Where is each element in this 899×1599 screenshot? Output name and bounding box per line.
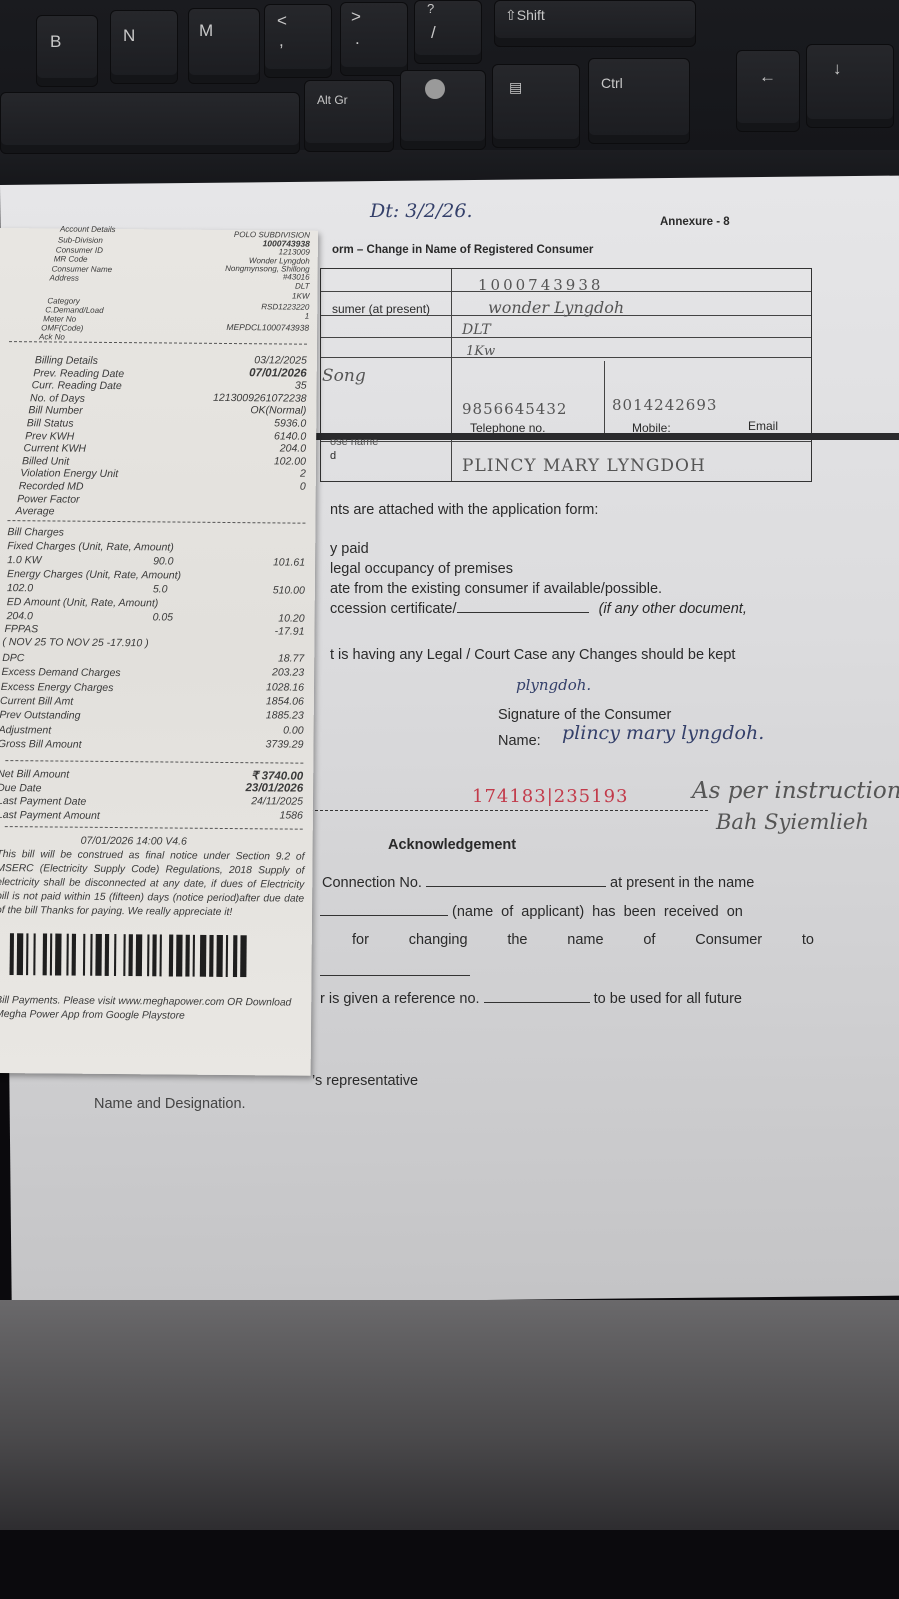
key-label: ⇧Shift xyxy=(505,7,545,24)
key-period: >. xyxy=(340,2,408,76)
ed-rate: 0.05 xyxy=(153,611,174,623)
document-item-2: legal occupancy of premises xyxy=(330,561,513,577)
key-label: ← xyxy=(759,67,776,87)
ack-word: name xyxy=(567,932,603,948)
consumer-number-value: 1000743938 xyxy=(478,276,603,294)
key-slash: ?/ xyxy=(414,0,482,64)
present-consumer-label: sumer (at present) xyxy=(332,302,430,316)
receipt-row-value: 5936.0 xyxy=(274,417,306,429)
key-label: , xyxy=(279,31,284,51)
category-value: DLT xyxy=(462,322,491,338)
key-label: Alt Gr xyxy=(317,93,348,107)
receipt-row-label: Excess Demand Charges xyxy=(1,666,120,679)
document-item-1: y paid xyxy=(330,541,369,557)
receipt-row-value: 2 xyxy=(300,468,306,480)
receipt-label: Category xyxy=(47,296,80,305)
receipt-label: Ack No xyxy=(39,332,65,341)
receipt-row-label: Billed Unit xyxy=(22,455,69,467)
ack-word: changing xyxy=(409,932,468,948)
key-label: M xyxy=(199,21,213,41)
receipt-row-label: Violation Energy Unit xyxy=(20,468,118,481)
energy-amount: 510.00 xyxy=(273,584,305,596)
new-name-label: ose name xyxy=(330,436,378,448)
ed-amount: 10.20 xyxy=(278,612,304,624)
fppas-note: ( NOV 25 TO NOV 25 -17.910 ) xyxy=(2,636,148,649)
receipt-row-label: Last Payment Date xyxy=(0,795,86,808)
new-name-label-2: d xyxy=(330,450,336,462)
key-comma: <, xyxy=(264,4,332,78)
receipt-row-label: Excess Energy Charges xyxy=(1,681,114,694)
key-label: B xyxy=(50,32,61,52)
key-label: N xyxy=(123,26,135,46)
receipt-label: Address xyxy=(50,273,79,282)
reference-no-blank[interactable] xyxy=(484,990,590,1003)
receipt-divider xyxy=(5,826,303,830)
receipt-value: MEPDCL1000743938 xyxy=(226,322,309,333)
receipt-row-value: 1213009261072238 xyxy=(213,392,307,405)
receipt-divider xyxy=(7,520,305,524)
receipt-row-value: 1854.06 xyxy=(266,695,304,707)
new-consumer-blank[interactable] xyxy=(320,975,470,976)
fixed-charges-title: Fixed Charges (Unit, Rate, Amount) xyxy=(7,540,174,553)
new-name-value: PLINCY MARY LYNGDOH xyxy=(462,456,706,476)
address-note: Song xyxy=(322,366,366,386)
key-space xyxy=(0,92,300,154)
receipt-row-value: 23/01/2026 xyxy=(246,782,304,795)
other-document-note: (if any other document, xyxy=(599,601,747,617)
receipt-row-label: Billing Details xyxy=(35,354,98,367)
ack-line-5: r is given a reference no. to be used fo… xyxy=(320,990,742,1007)
signature-label: Signature of the Consumer xyxy=(498,707,671,723)
receipt-label: MR Code xyxy=(54,254,88,263)
ack-line-2-text: (name of applicant) has been received on xyxy=(452,904,743,920)
electricity-bill-receipt: Account Details Sub-Division Consumer ID… xyxy=(0,228,318,1076)
key-ctrl: Ctrl xyxy=(588,58,690,144)
barcode xyxy=(9,933,249,977)
mobile-label: Mobile: xyxy=(632,421,671,435)
annexure-label: Annexure - 8 xyxy=(660,216,730,228)
receipt-label: Account Details xyxy=(60,225,116,234)
key-label: . xyxy=(355,29,360,49)
fppas-value: -17.91 xyxy=(275,625,305,637)
telephone-value: 9856645432 xyxy=(462,400,567,418)
key-label: ? xyxy=(427,1,434,16)
disconnection-notice: This bill will be construed as final not… xyxy=(0,848,305,921)
receipt-row-value: OK(Normal) xyxy=(250,405,306,417)
receipt-row-label: Prev KWH xyxy=(25,430,74,442)
receipt-value: RSD1223220 xyxy=(261,302,309,311)
document-item-4-label: ccession certificate/ xyxy=(330,601,457,617)
instruction-note-name: Bah Syiemlieh xyxy=(716,810,869,834)
receipt-row-label: Curr. Reading Date xyxy=(32,379,122,392)
receipt-row-value: 204.0 xyxy=(280,443,306,455)
key-shift: ⇧Shift xyxy=(494,0,696,47)
ack-line-1: Connection No. at present in the name xyxy=(322,874,754,891)
receipt-row-label: DPC xyxy=(2,652,24,664)
key-label: ↓ xyxy=(833,59,842,79)
energy-charges-title: Energy Charges (Unit, Rate, Amount) xyxy=(7,568,181,582)
ed-unit: 204.0 xyxy=(7,610,33,622)
receipt-row-label: Bill Status xyxy=(27,417,74,429)
receipt-value: DLT xyxy=(295,282,310,291)
key-m: M xyxy=(188,8,260,84)
fppas-label: FPPAS xyxy=(4,623,38,635)
ack-word: to xyxy=(802,932,814,948)
payment-footer: Bill Payments. Please visit www.meghapow… xyxy=(0,994,303,1025)
ack-line-3: for changing the name of Consumer to xyxy=(352,932,814,948)
key-label: > xyxy=(351,7,361,27)
bill-timestamp: 07/01/2026 14:00 V4.6 xyxy=(81,835,187,848)
ack-word: Consumer xyxy=(695,932,762,948)
receipt-row-label: Due Date xyxy=(0,781,42,793)
energy-rate: 5.0 xyxy=(153,583,168,595)
receipt-row-value: 1885.23 xyxy=(266,710,304,722)
receipt-row-value: 18.77 xyxy=(278,652,304,664)
document-item-3: ate from the existing consumer if availa… xyxy=(330,581,662,597)
receipt-divider xyxy=(9,341,307,345)
receipt-row-value: 1028.16 xyxy=(266,681,304,693)
acknowledgement-title: Acknowledgement xyxy=(388,837,516,853)
receipt-row-label: Net Bill Amount xyxy=(0,768,69,781)
date-note: Dt: 3/2/26. xyxy=(370,200,473,222)
receipt-value: 1KW xyxy=(292,292,309,301)
ack-line-5-tail: to be used for all future xyxy=(594,991,742,1007)
name-label: Name: xyxy=(498,733,541,749)
reference-numbers: 174183|235193 xyxy=(472,786,629,807)
receipt-row-label: Power Factor xyxy=(17,493,80,506)
documents-intro: nts are attached with the application fo… xyxy=(330,502,598,518)
key-b: B xyxy=(36,15,98,87)
key-left-arrow: ← xyxy=(736,50,800,132)
receipt-label: Sub-Division xyxy=(58,236,103,245)
table-divider xyxy=(300,433,899,440)
receipt-value: 1 xyxy=(305,312,310,321)
receipt-divider xyxy=(5,760,303,764)
key-label: Ctrl xyxy=(601,75,623,91)
receipt-row-value: 07/01/2026 xyxy=(249,367,307,380)
instruction-note: As per instruction xyxy=(692,778,899,804)
receipt-label: Consumer ID xyxy=(56,245,103,254)
fixed-rate: 90.0 xyxy=(153,555,174,567)
representative-label: ’s representative xyxy=(312,1073,418,1089)
receipt-row-value: 0 xyxy=(300,481,306,493)
key-altgr: Alt Gr xyxy=(304,80,394,152)
key-label: / xyxy=(431,23,436,43)
present-name-value: wonder Lyngdoh xyxy=(488,298,624,317)
receipt-label: C.Demand/Load xyxy=(45,305,103,315)
document-item-4: ccession certificate/ (if any other docu… xyxy=(330,600,747,617)
receipt-row-label: Current Bill Amt xyxy=(0,695,73,708)
energy-unit: 102.0 xyxy=(7,582,33,594)
receipt-row-label: Last Payment Amount xyxy=(0,808,100,821)
name-designation-label: Name and Designation. xyxy=(94,1096,246,1112)
fixed-unit: 1.0 KW xyxy=(7,554,42,566)
reference-no-label: r is given a reference no. xyxy=(320,991,480,1007)
receipt-row-label: Current KWH xyxy=(24,442,87,455)
receipt-row-value: ₹ 3740.00 xyxy=(251,768,303,782)
menu-icon: ▤ xyxy=(509,79,522,96)
receipt-row-label: Prev Outstanding xyxy=(0,709,81,722)
receipt-value: #43016 xyxy=(283,272,310,281)
telephone-label: Telephone no. xyxy=(470,421,545,435)
receipt-row-label: Prev. Reading Date xyxy=(33,367,124,380)
receipt-row-value: 03/12/2025 xyxy=(254,354,307,366)
fixed-amount: 101.61 xyxy=(273,556,305,568)
receipt-row-value: 0.00 xyxy=(283,724,304,736)
receipt-row-label: Adjustment xyxy=(0,724,51,736)
receipt-row-value: 6140.0 xyxy=(274,430,306,442)
connection-no-label: Connection No. xyxy=(322,875,422,891)
receipt-row-label: Bill Number xyxy=(28,405,82,417)
consumer-signature: plyngdoh. xyxy=(516,676,591,694)
name-value: plincy mary lyngdoh. xyxy=(562,722,764,744)
mobile-value: 8014242693 xyxy=(612,396,717,414)
paper-shadow xyxy=(0,1300,899,1530)
receipt-label: Meter No xyxy=(43,314,76,323)
load-value: 1Kw xyxy=(466,344,495,359)
receipt-value: 1213009 xyxy=(279,247,310,256)
key-n: N xyxy=(110,10,178,84)
other-document-blank[interactable] xyxy=(457,600,589,613)
key-menu: ▤ xyxy=(492,64,580,148)
bill-charges-title: Bill Charges xyxy=(7,526,64,538)
receipt-row-value: 102.00 xyxy=(274,455,306,467)
email-label: Email xyxy=(748,419,778,433)
receipt-row-label: No. of Days xyxy=(30,392,85,404)
ack-word: for xyxy=(352,932,369,948)
receipt-row-label: Recorded MD xyxy=(19,480,84,493)
applicant-name-blank[interactable] xyxy=(320,903,448,916)
receipt-row-value: 3739.29 xyxy=(265,738,303,750)
receipt-row-value: 1586 xyxy=(279,809,302,821)
ack-line-1-tail: at present in the name xyxy=(610,875,754,891)
office-use-divider xyxy=(310,810,708,811)
receipt-row-value: 35 xyxy=(295,380,307,392)
form-title: orm – Change in Name of Registered Consu… xyxy=(332,244,593,256)
receipt-row-label: Gross Bill Amount xyxy=(0,738,82,751)
windows-icon xyxy=(425,79,445,99)
receipt-row-value: 24/11/2025 xyxy=(251,795,303,807)
key-windows xyxy=(400,70,486,150)
ack-word: of xyxy=(643,932,655,948)
court-case-note: t is having any Legal / Court Case any C… xyxy=(330,647,735,663)
ack-line-2: (name of applicant) has been received on xyxy=(320,903,743,920)
key-label: < xyxy=(277,11,287,31)
receipt-row-value: 203.23 xyxy=(272,667,304,679)
receipt-row-label: Average xyxy=(15,505,54,517)
ack-word: the xyxy=(507,932,527,948)
receipt-label: OMF(Code) xyxy=(41,323,83,332)
ed-amount-title: ED Amount (Unit, Rate, Amount) xyxy=(7,596,159,609)
connection-no-blank[interactable] xyxy=(426,874,606,887)
key-down-arrow: ↓ xyxy=(806,44,894,128)
